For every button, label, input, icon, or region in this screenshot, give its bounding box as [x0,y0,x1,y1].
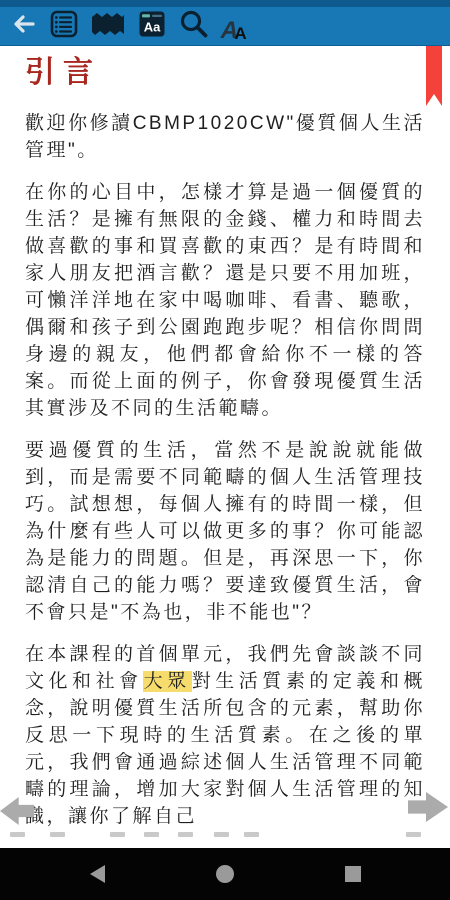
dictionary-button[interactable]: Aa [137,10,167,42]
text-segment: 歡迎你修讀CBMP1020CW"優質個人生活管理"。 [25,113,425,161]
highlighted-text[interactable]: 大眾 [143,671,192,692]
text-segment: 要過優質的生活，當然不是說說就能做到，而是需要不同範疇的個人生活管理技巧。試想想… [25,440,425,623]
phone-screen: Aa A A 引言 歡迎你修讀CBMP1020CW"優質個人生活管理"。在你的心… [0,0,450,900]
table-of-contents-button[interactable] [49,10,79,42]
paragraph: 要過優質的生活，當然不是說說就能做到，而是需要不同範疇的個人生活管理技巧。試想想… [25,437,425,626]
nav-recents-icon [345,866,361,882]
nav-back-button[interactable] [87,864,107,884]
paragraph: 在你的心目中，怎樣才算是過一個優質的生活？是擁有無限的金錢、權力和時間去做喜歡的… [25,179,425,422]
search-icon [178,8,210,45]
body-text: 歡迎你修讀CBMP1020CW"優質個人生活管理"。在你的心目中，怎樣才算是過一… [25,110,425,830]
paragraph: 歡迎你修讀CBMP1020CW"優質個人生活管理"。 [25,110,425,164]
search-button[interactable] [178,10,210,42]
reader-page: 引言 歡迎你修讀CBMP1020CW"優質個人生活管理"。在你的心目中，怎樣才算… [0,46,450,848]
font-size-button[interactable]: A A [221,10,247,42]
clipped-text-line [0,832,450,838]
text-segment: 在你的心目中，怎樣才算是過一個優質的生活？是擁有無限的金錢、權力和時間去做喜歡的… [25,182,425,419]
back-button[interactable] [10,10,38,42]
nav-home-icon [216,865,234,883]
back-arrow-icon [10,11,38,42]
status-bar [0,0,450,7]
dictionary-icon-label: Aa [144,19,161,34]
text-segment: 對生活質素的定義和概念，說明優質生活所包含的元素，幫助你反思一下現時的生活質素。… [25,671,425,827]
android-navigation-bar [0,848,450,900]
book-icon [90,10,126,43]
app-bar: Aa A A [0,7,450,46]
page-title: 引言 [25,54,425,92]
nav-home-button[interactable] [215,864,235,884]
dictionary-aa-icon: Aa [137,9,167,44]
book-button[interactable] [90,10,126,42]
nav-back-icon [90,865,105,883]
nav-recents-button[interactable] [343,864,363,884]
paragraph: 在本課程的首個單元，我們先會談談不同文化和社會大眾對生活質素的定義和概念，說明優… [25,641,425,830]
table-of-contents-icon [49,9,79,44]
